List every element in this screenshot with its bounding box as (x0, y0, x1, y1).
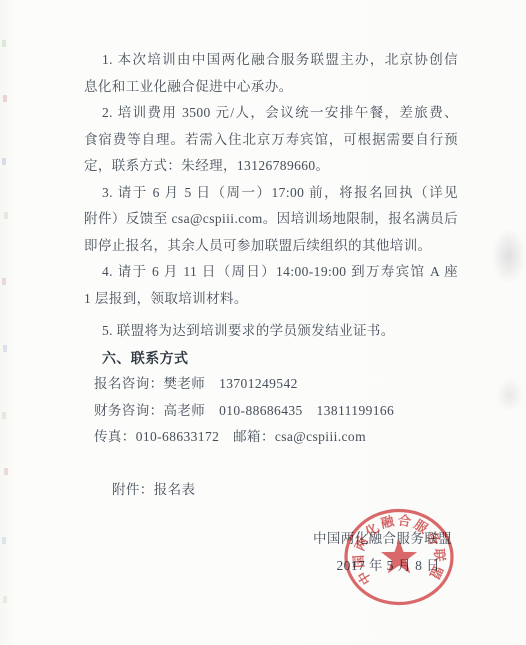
body-line: 1. 本次培训由中国两化融合服务联盟主办，北京协创信 (84, 47, 458, 74)
seal-star-icon (381, 539, 417, 573)
body-line: 4. 请于 6 月 11 日（周日）14:00-19:00 到万寿宾馆 A 座 (84, 259, 458, 286)
scan-noise-specks (2, 40, 6, 47)
body-line: 定，联系方式：朱经理，13126789660。 (84, 153, 458, 180)
body-line: 1 层报到，领取培训材料。 (84, 286, 458, 313)
body-line: 即停止报名，其余人员可参加联盟后续组织的其他培训。 (84, 233, 458, 260)
scanned-document-page: 1. 本次培训由中国两化融合服务联盟主办，北京协创信 息化和工业化融合促进中心承… (0, 0, 526, 645)
official-seal-stamp: 中国两化融合服务联盟 (338, 496, 460, 618)
scan-smudge (492, 228, 526, 284)
body-line: 息化和工业化融合促进中心承办。 (84, 74, 458, 101)
body-line: 2. 培训费用 3500 元/人，会议统一安排午餐，差旅费、 (84, 100, 458, 127)
scan-edge-artifact (0, 0, 12, 645)
body-line: 附件）反馈至 csa@cspiii.com。因培训场地限制，报名满员后 (84, 206, 458, 233)
contact-line-fax-email: 传真：010-68633172 邮箱：csa@cspiii.com (84, 424, 458, 451)
body-line: 3. 请于 6 月 5 日（周一）17:00 前，将报名回执（详见 (84, 180, 458, 207)
section-heading-contact: 六、联系方式 (84, 345, 458, 372)
scan-smudge (496, 378, 524, 412)
contact-line-registration: 报名咨询：樊老师 13701249542 (84, 371, 458, 398)
contact-line-finance: 财务咨询：高老师 010-88686435 13811199166 (84, 398, 458, 425)
body-line: 5. 联盟将为达到培训要求的学员颁发结业证书。 (84, 318, 458, 345)
body-line: 食宿费等自理。若需入住北京万寿宾馆，可根据需要自行预 (84, 127, 458, 154)
